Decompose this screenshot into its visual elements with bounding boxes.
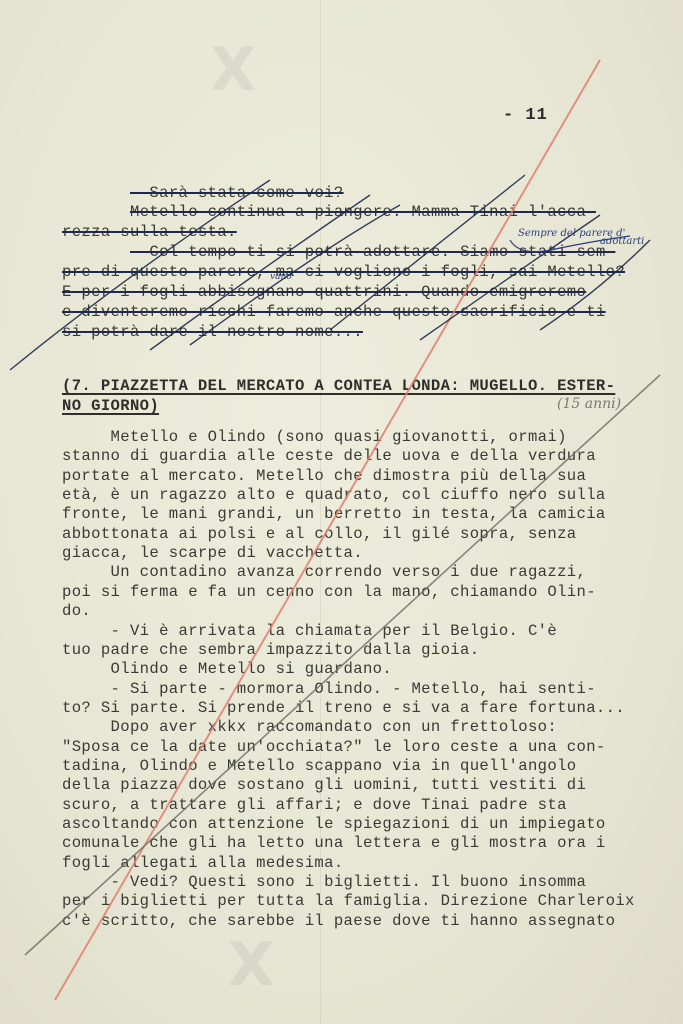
body-line: - Si parte - mormora Olindo. - Metello, … (62, 679, 596, 699)
body-line: - Vedi? Questi sono i biglietti. Il buon… (62, 872, 586, 892)
body-line: fronte, le mani grandi, un berretto in t… (62, 504, 606, 524)
body-line: Olindo e Metello si guardano. (62, 659, 392, 679)
scene-heading: (7. PIAZZETTA DEL MERCATO A CONTEA LONDA… (62, 376, 615, 396)
body-line: to? Si parte. Si prende il treno e si va… (62, 698, 625, 718)
body-line: Un contadino avanza correndo verso i due… (62, 562, 586, 582)
struck-line: E per i fogli abbisognano quattrini. Qua… (62, 282, 586, 302)
struck-line: - Sarà stata come voi? (130, 183, 344, 203)
body-line: età, è un ragazzo alto e quadrato, col c… (62, 485, 606, 505)
body-line: tadina, Olindo e Metello scappano via in… (62, 756, 577, 776)
scene-heading-cont: NO GIORNO) (62, 396, 159, 416)
body-line: c'è scritto, che sarebbe il paese dove t… (62, 911, 615, 931)
watermark-bottom: X (228, 935, 274, 995)
body-line: giacca, le scarpe di vacchetta. (62, 543, 363, 563)
body-line: comunale che gli ha letto una lettera e … (62, 833, 606, 853)
body-line: abbottonata ai polsi e al collo, il gilé… (62, 524, 577, 544)
struck-line: - Col tempo ti si potrà adottare. Siamo … (130, 242, 615, 262)
watermark-top: X (210, 40, 256, 100)
body-line: della piazza dove sostano gli uomini, tu… (62, 775, 586, 795)
handwritten-insert: vano (270, 272, 292, 282)
struck-line: rezza sulla testa. (62, 222, 237, 242)
body-line: "Sposa ce la date un'occhiata?" le loro … (62, 737, 606, 757)
struck-line: Metello continua a piangere. Mamma Tinai… (130, 202, 596, 222)
body-line: do. (62, 601, 91, 621)
struck-line: si potrà dare il nostro nome... (62, 322, 363, 342)
body-line: Dopo aver xkkx raccomandato con un frett… (62, 717, 557, 737)
body-line: fogli allegati alla medesima. (62, 853, 344, 873)
margin-note-2: adottarti (600, 236, 644, 247)
pencil-note: (15 anni) (557, 396, 621, 412)
body-line: ascoltando con attenzione le spiegazioni… (62, 814, 606, 834)
body-line: scuro, a trattare gli affari; e dove Tin… (62, 795, 567, 815)
body-line: portate al mercato. Metello che dimostra… (62, 466, 586, 486)
struck-line: pre di questo parere, ma ci vogliono i f… (62, 262, 625, 282)
struck-line: e diventeremo ricchi faremo anche questo… (62, 302, 606, 322)
body-line: poi si ferma e fa un cenno con la mano, … (62, 582, 596, 602)
body-line: stanno di guardia alle ceste delle uova … (62, 446, 596, 466)
body-line: per i biglietti per tutta la famiglia. D… (62, 891, 635, 911)
body-line: - Vi è arrivata la chiamata per il Belgi… (62, 621, 557, 641)
document-page: X X - 11 - Sarà stata come voi? Metello … (0, 0, 683, 1024)
body-line: Metello e Olindo (sono quasi giovanotti,… (62, 427, 567, 447)
body-line: tuo padre che sembra impazzito dalla gio… (62, 640, 479, 660)
page-number: - 11 (503, 106, 548, 125)
